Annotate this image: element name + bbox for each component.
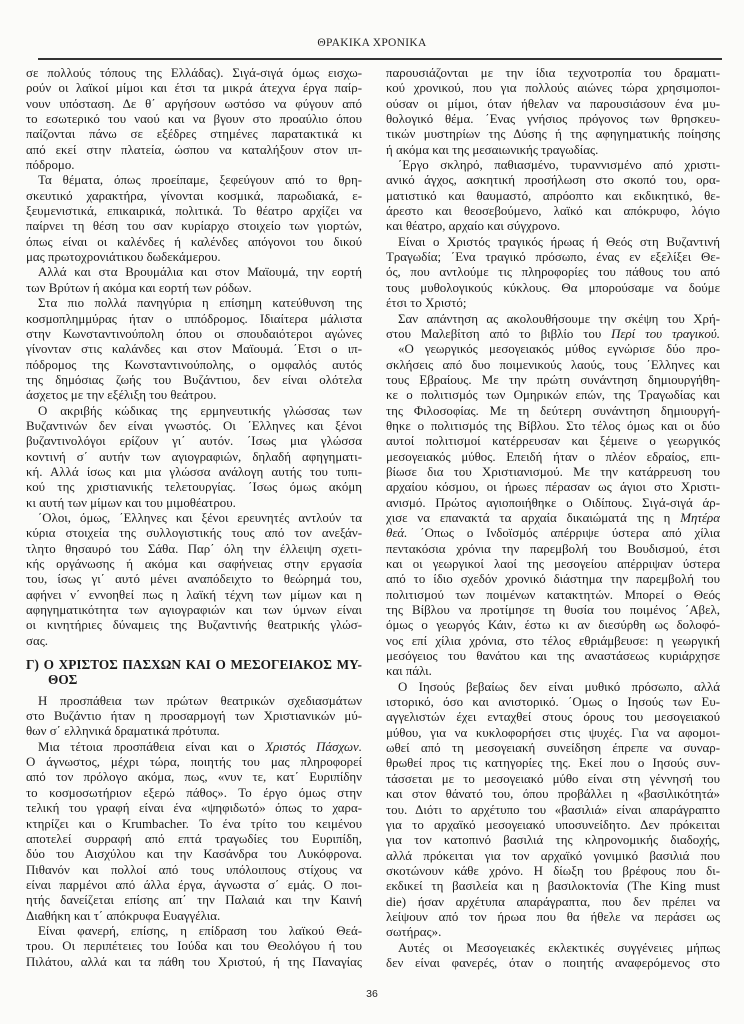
- text-line: από εκεί στην πλατεία, ώσπου να καταλήξο…: [26, 143, 362, 158]
- text-line: σκοτώνουν κάθε χρόνο. Η δίωξη του βρέφου…: [386, 864, 720, 879]
- text-line: εκδικεί τη βασιλεία και η βασιλοκτονία (…: [386, 879, 720, 894]
- text-line: ός, που αντλούμε τις πληροφορίες του πάθ…: [386, 265, 720, 280]
- text-line: σωτήρας».: [386, 925, 720, 940]
- text-line: Είναι ο Χριστός τραγικός ήρωας ή Θεός στ…: [386, 235, 720, 250]
- text-line: κής οργάνωσης ή ακόμα και σαφήνειας στην…: [26, 557, 362, 572]
- text-line: το εσωτερικό του ναού και να βγουν στο π…: [26, 112, 362, 127]
- text-line: σας.: [26, 634, 362, 649]
- text-line: ρούν οι λαϊκοί μίμοι και έτσι τα μικρά ά…: [26, 81, 362, 96]
- text-line: για το αρχαϊκό μεσογειακό υποσυνείδητο. …: [386, 818, 720, 833]
- text-line: μεσόγειος του θανάτου και της αναστάσεως…: [386, 649, 720, 664]
- text-line: αυτοί πολιτισμοί κατέρρευσαν και ξέμεινε…: [386, 434, 720, 449]
- text-line: «Ο γεωργικός μεσογειακός μύθος εγνώρισε …: [386, 342, 720, 357]
- text-line: νος επί χίλια χρόνια, στο τέλος εθριάμβε…: [386, 634, 720, 649]
- text-line: μας πρωτοχρονιάτικου δωδεκάμερου.: [26, 250, 362, 265]
- text-line: νουν υπόσταση. Δε θ΄ αργήσουν ωστόσο να …: [26, 97, 362, 112]
- text-line: αποτελεί συρραφή από επτά τραγωδίες του …: [26, 832, 362, 847]
- text-line: λείψουν από τον ήρωα που θα ήθελε να περ…: [386, 910, 720, 925]
- text-line: κύρια στοιχεία της συλλογιστικής τους απ…: [26, 526, 362, 541]
- left-column: σε πολλούς τόπους της Ελλάδας). Σιγά-σιγ…: [26, 66, 362, 970]
- text-line: ανικό άγχος, ασκητική προσήλωση στο σκοπ…: [386, 173, 720, 188]
- text-line: θηκε ο πολιτισμός της Βίβλου. Στο τέλος …: [386, 419, 720, 434]
- text-line: Βυζαντινών δεν είναι γνωστός. Οι ΄Ελληνε…: [26, 419, 362, 434]
- text-line: ιστορικό, όσο και ανιστορικό. ΄Ομως ο Ιη…: [386, 695, 720, 710]
- text-line: Πιλάτου, αλλά και τα πάθη του Χριστού, ή…: [26, 955, 362, 970]
- left-column-text-after-heading: Η προσπάθεια των πρώτων θεατρικών σχεδια…: [26, 694, 362, 970]
- text-line: οι κινητήριες δύναμεις της Βυζαντινής θε…: [26, 618, 362, 633]
- text-line: δεν είναι φανερές, όταν ο ποιητής αναφερ…: [386, 956, 720, 971]
- text-line: κού χρονικού, που για πολλούς αιώνες τώρ…: [386, 81, 720, 96]
- text-line: το κοσμοσωτήριον εξερώ πάθος». Το έργο ό…: [26, 786, 362, 801]
- text-line: όμως ο γεωργός Κάιν, έστω κι αν διεσύρθη…: [386, 618, 720, 633]
- text-line: κτηρίζει και ο Krumbacher. Το ένα τρίτο …: [26, 817, 362, 832]
- text-line: Τραγωδία; ΄Ενα τραγικό πρόσωπο, ένας εν …: [386, 250, 720, 265]
- text-line: μύθου, για να κυκλοφορήσει στις ψυχές. Γ…: [386, 726, 720, 741]
- page-number: 36: [0, 988, 744, 1000]
- italic-title: Περί του τραγικού.: [611, 327, 720, 341]
- left-column-text-before-heading: σε πολλούς τόπους της Ελλάδας). Σιγά-σιγ…: [26, 66, 362, 649]
- section-heading-line-1: Γ) Ο ΧΡΙΣΤΟΣ ΠΑΣΧΩΝ ΚΑΙ Ο ΜΕΣΟΓΕΙΑΚΟΣ ΜΥ…: [26, 657, 362, 672]
- text-line: της Φιλοσοφίας. Με τη δεύτερη συνάντηση …: [386, 404, 720, 419]
- text-line: κού της χριστιανικής τελετουργίας. ΄Ισως…: [26, 480, 362, 495]
- text-line: πόδρομος της Κωνσταντινούπολης, ο ομφαλό…: [26, 358, 362, 373]
- text-line: Ο Ιησούς βεβαίως δεν είναι μυθικό πρόσωπ…: [386, 680, 720, 695]
- text-line: και πάλι.: [386, 664, 720, 679]
- text-line: κε ο πολιτισμός των Ομηρικών επών, της Τ…: [386, 388, 720, 403]
- text-line: τελική του γραφή είναι ένα «ψηφιδωτό» όπ…: [26, 801, 362, 816]
- text-line: του. Διότι το αρχέτυπο του «βασιλιά» είν…: [386, 803, 720, 818]
- text-line: στο Βυζάντιο ήταν η προσαρμογή των Χριστ…: [26, 709, 362, 724]
- text-line: είναι παρμένοι από άλλα έργα, άγνωστα σ΄…: [26, 878, 362, 893]
- running-head-title: ΘΡΑΚΙΚΑ ΧΡΟΝΙΚΑ: [0, 37, 744, 49]
- text-line: παίρνει τη θέση του σαν κυρίαρχο στοιχεί…: [26, 219, 362, 234]
- text-line: θων σ΄ ελληνικά δραματικά πρότυπα.: [26, 724, 362, 739]
- text-line: Ο ακριβής κώδικας της ερμηνευτικής γλώσσ…: [26, 404, 362, 419]
- text-line: και στον θάνατό του, όπου προβάλλει η «β…: [386, 787, 720, 802]
- text-line: ή ακόμα και της μεσαιωνικής τραγωδίας.: [386, 143, 720, 158]
- text-line: ματιστικό και θαυμαστό, απρόοπτο και εκδ…: [386, 189, 720, 204]
- text-line: σκευτικό χαρακτήρα, γίνονται κοσμικά, πα…: [26, 189, 362, 204]
- text-line: τικών μυστηρίων της Δύσης ή της αφηγηματ…: [386, 127, 720, 142]
- text-line: τάσσεται με το μεσογειακό μύθο είναι στη…: [386, 772, 720, 787]
- text-line: θρωθεί προς τις κατηγορίες της. Εκεί που…: [386, 756, 720, 771]
- text-line: ΄Ολοι, όμως, ΄Ελληνες και ξένοι ερευνητέ…: [26, 511, 362, 526]
- text-line: παίζονται πάνω σε εξέδρες στημένες παρατ…: [26, 127, 362, 142]
- text-line: από τον πρόλογο ακόμα, πως, «νυν τε, κατ…: [26, 770, 362, 785]
- text-line: βίωσε δια του Χριστιανισμού. Με την κατά…: [386, 465, 720, 480]
- text-line: Τα θέματα, όπως προείπαμε, ξεφεύγουν από…: [26, 173, 362, 188]
- text-line: στου Μαλεβίτση από το βιβλίο του Περί το…: [386, 327, 720, 342]
- section-heading: Γ) Ο ΧΡΙΣΤΟΣ ΠΑΣΧΩΝ ΚΑΙ Ο ΜΕΣΟΓΕΙΑΚΟΣ ΜΥ…: [26, 657, 362, 688]
- text-line: Πιθανόν και πολλοί από τους υπόλοιπους σ…: [26, 863, 362, 878]
- text-line: του, ίσως γι΄ αυτό μένει αναπόδειχτο το …: [26, 572, 362, 587]
- text-line: και οι γεωργικοί λαοί της μεσογείου απέρ…: [386, 557, 720, 572]
- text-line: Αλλά και στα Βρουμάλια και στον Μαϊουμά,…: [26, 265, 362, 280]
- text-line: παρουσιάζονται με την ίδια τεχνοτροπία τ…: [386, 66, 720, 81]
- text-line: κοντινή σ΄ αυτήν των αγιογραφιών, δηλαδή…: [26, 450, 362, 465]
- text-line: αλλά πρόκειται για τον αρχαϊκό γονιμικό …: [386, 849, 720, 864]
- text-line: αρχαίου κόσμου, οι ήρωες πέρασαν ως άγιο…: [386, 480, 720, 495]
- text-line: στην Κωνσταντινούπολη όπου οι σπουδαιότε…: [26, 327, 362, 342]
- text-line: κή. Αλλά ίσως και μια γλώσσα ανάλογη αυτ…: [26, 465, 362, 480]
- text-line: Διαθήκη και τ΄ απόκρυφα Ευαγγέλια.: [26, 909, 362, 924]
- text-line: die) ήσαν αρχέτυπα απαράγραπτα, που δεν …: [386, 895, 720, 910]
- text-line: θολογικό θέμα. ΄Ενας γνήσιος πρόγονος τω…: [386, 112, 720, 127]
- text-line: έτσι το Χριστό;: [386, 296, 720, 311]
- text-line: από το ίδιο σχεδόν χρονικό διάστημα την …: [386, 572, 720, 587]
- text-line: ξευμενιστικά, επικαιρικά, πολιτικά. Το θ…: [26, 204, 362, 219]
- text-line: Ο άγνωστος, μέχρι τώρα, ποιητής του μας …: [26, 755, 362, 770]
- text-line: των Βρύτων ή ακόμα και εορτή των ρόδων.: [26, 281, 362, 296]
- right-column: παρουσιάζονται με την ίδια τεχνοτροπία τ…: [386, 66, 720, 971]
- text-line: ητής δανείζεται επίσης απ΄ την Παλαιά κα…: [26, 893, 362, 908]
- text-line: κι αυτή των μίμων και του μιμοθέατρου.: [26, 496, 362, 511]
- text-line: ΄Εργο σκληρό, παθιασμένο, τυραννισμένο α…: [386, 158, 720, 173]
- text-line: της δημόσιας ζωής του Βυζάντιου, δεν είν…: [26, 373, 362, 388]
- text-line: θεά. ΄Οπως ο Ινδοϊσμός απέρριψε ύστερα α…: [386, 526, 720, 541]
- text-line: και θέατρο, αρχαίο και σύγχρονο.: [386, 219, 720, 234]
- text-line: αγγελιστών έχει ενταχθεί στους όρους του…: [386, 710, 720, 725]
- text-line: μεσογειακός μύθος. Επειδή ήταν ο πλέον ε…: [386, 450, 720, 465]
- text-line: Σαν απάντηση ας ακολουθήσουμε την σκέψη …: [386, 312, 720, 327]
- text-line: πόδρομο.: [26, 158, 362, 173]
- text-line: Αυτές οι Μεσογειακές εκλεκτικές συγγένει…: [386, 941, 720, 956]
- text-line: ωθεί από τη μεσογειακή συνείδηση έπρεπε …: [386, 741, 720, 756]
- text-line: τλητο θησαυρό του Σάθα. Παρ΄ όλη την έλλ…: [26, 542, 362, 557]
- italic-title: Μητέρα: [680, 511, 720, 525]
- text-line: όπως είναι οι καλένδες ή καλένδες απόγον…: [26, 235, 362, 250]
- text-line: Μια τέτοια προσπάθεια είναι και ο Χριστό…: [26, 740, 362, 755]
- text-line: τους μυθολογικούς κύκλους. Θα μπορούσαμε…: [386, 281, 720, 296]
- text-line: αφηγηματικότητα των αγιογραφιών και των …: [26, 603, 362, 618]
- text-line: ούσαν οι μίμοι, όταν ήθελαν να παρουσιάσ…: [386, 97, 720, 112]
- text-line: άσχετος με την εξέλιξη του θεάτρου.: [26, 388, 362, 403]
- text-line: ανισμό. Πρώτος αγιοποιήθηκε ο Οιδίπους. …: [386, 496, 720, 511]
- text-line: τους Εβραίους. Με την πρώτη συνάντηση δη…: [386, 373, 720, 388]
- text-line: βυζαντινολόγοι ερίζουν γι΄ αυτόν. ΄Ισως …: [26, 434, 362, 449]
- text-line: χισε να επανακτά τα αρχαία δικαιώματά τη…: [386, 511, 720, 526]
- header-rule: [38, 58, 722, 60]
- text-line: δύο του Αισχύλου και την Κασάνδρα του Λυ…: [26, 847, 362, 862]
- text-line: σε πολλούς τόπους της Ελλάδας). Σιγά-σιγ…: [26, 66, 362, 81]
- text-line: Στα πιο πολλά πανηγύρια η επίσημη κατεύθ…: [26, 296, 362, 311]
- text-line: αφήνει ν΄ εννοηθεί πως η λαϊκή τέχνη των…: [26, 588, 362, 603]
- right-column-text: παρουσιάζονται με την ίδια τεχνοτροπία τ…: [386, 66, 720, 971]
- text-line: τρου. Οι περιπέτειες του Ιούδα και του Θ…: [26, 939, 362, 954]
- section-heading-line-2: ΘΟΣ: [26, 672, 362, 687]
- text-line: πεντακόσια χρόνια την παρεμβολή του Βουδ…: [386, 542, 720, 557]
- text-line: άρεστο και θεοσεβούμενο, λαϊκό και απόκρ…: [386, 204, 720, 219]
- text-line: πολιτισμού των ποιμένων κατακτητών. Μπορ…: [386, 588, 720, 603]
- text-line: Είναι φανερή, επίσης, η επίδραση του λαϊ…: [26, 924, 362, 939]
- text-line: σκλήσεις από δυο ποιμενικούς λαούς, τους…: [386, 358, 720, 373]
- italic-text: θεά.: [386, 526, 407, 540]
- text-line: Η προσπάθεια των πρώτων θεατρικών σχεδια…: [26, 694, 362, 709]
- text-line: για τον κατοπινό βασιλιά της κληρονομική…: [386, 833, 720, 848]
- italic-title: Χριστός Πάσχων.: [265, 740, 362, 754]
- text-line: κοσμοπλημμύρας ήταν ο ιππόδρομος. Ιδιαίτ…: [26, 312, 362, 327]
- text-line: της Βίβλου να προτίμησε τη θυσία του ποι…: [386, 603, 720, 618]
- text-line: γίνονταν στις καλάνδες και στον Μαϊουμά.…: [26, 342, 362, 357]
